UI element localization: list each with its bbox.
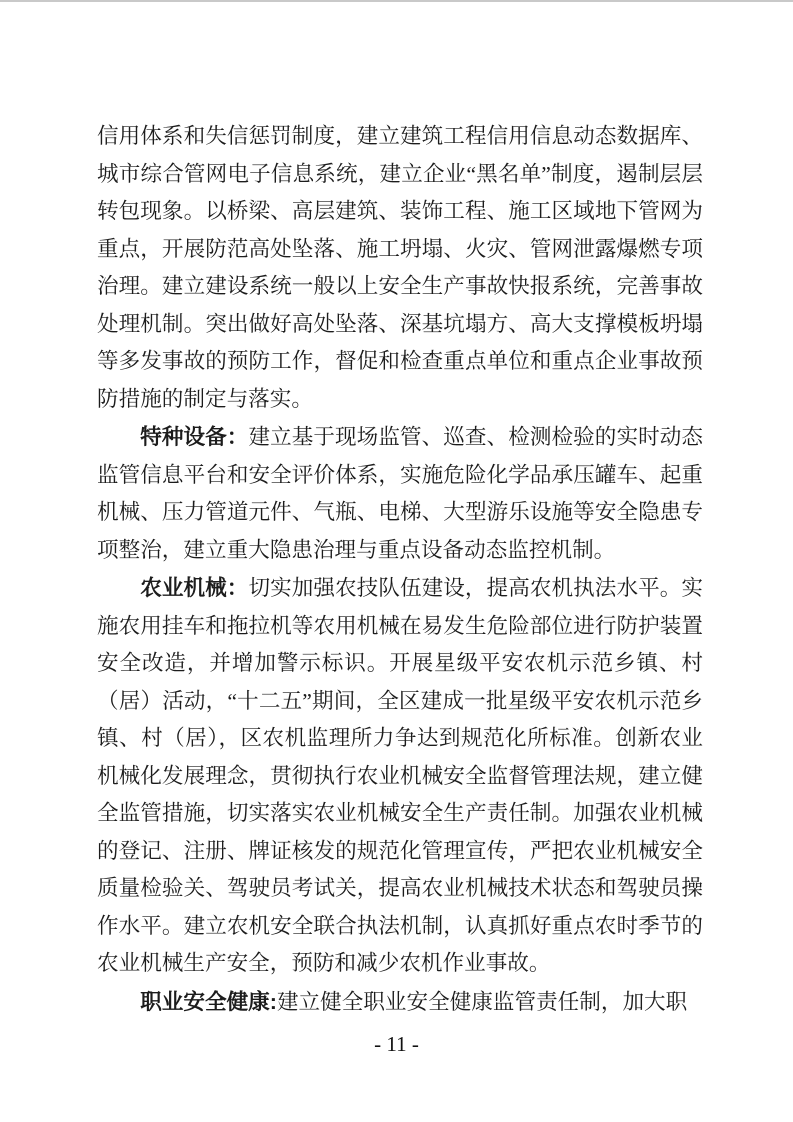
paragraph-construction-continuation: 信用体系和失信惩罚制度，建立建筑工程信用信息动态数据库、城市综合管网电子信息系统… bbox=[97, 118, 703, 418]
document-page: 信用体系和失信惩罚制度，建立建筑工程信用信息动态数据库、城市综合管网电子信息系统… bbox=[0, 0, 793, 1122]
paragraph-body: 建立健全职业安全健康监管责任制，加大职 bbox=[277, 990, 687, 1014]
paragraph-agricultural-machinery: 农业机械：切实加强农技队伍建设，提高农机执法水平。实施农用挂车和拖拉机等农用机械… bbox=[97, 569, 703, 983]
section-heading-agricultural-machinery: 农业机械： bbox=[140, 575, 248, 600]
paragraph-special-equipment: 特种设备：建立基于现场监管、巡查、检测检验的实时动态监管信息平台和安全评价体系，… bbox=[97, 418, 703, 569]
body-text: 信用体系和失信惩罚制度，建立建筑工程信用信息动态数据库、城市综合管网电子信息系统… bbox=[97, 118, 703, 1021]
paragraph-body: 切实加强农技队伍建设，提高农机执法水平。实施农用挂车和拖拉机等农用机械在易发生危… bbox=[97, 576, 703, 975]
paragraph-body: 信用体系和失信惩罚制度，建立建筑工程信用信息动态数据库、城市综合管网电子信息系统… bbox=[97, 124, 703, 411]
paragraph-occupational-safety: 职业安全健康:建立健全职业安全健康监管责任制，加大职 bbox=[97, 983, 703, 1022]
scan-edge-artifact bbox=[0, 0, 793, 2]
section-heading-special-equipment: 特种设备： bbox=[140, 424, 248, 449]
section-heading-occupational-safety: 职业安全健康: bbox=[140, 989, 277, 1014]
page-number: - 11 - bbox=[0, 1030, 793, 1058]
